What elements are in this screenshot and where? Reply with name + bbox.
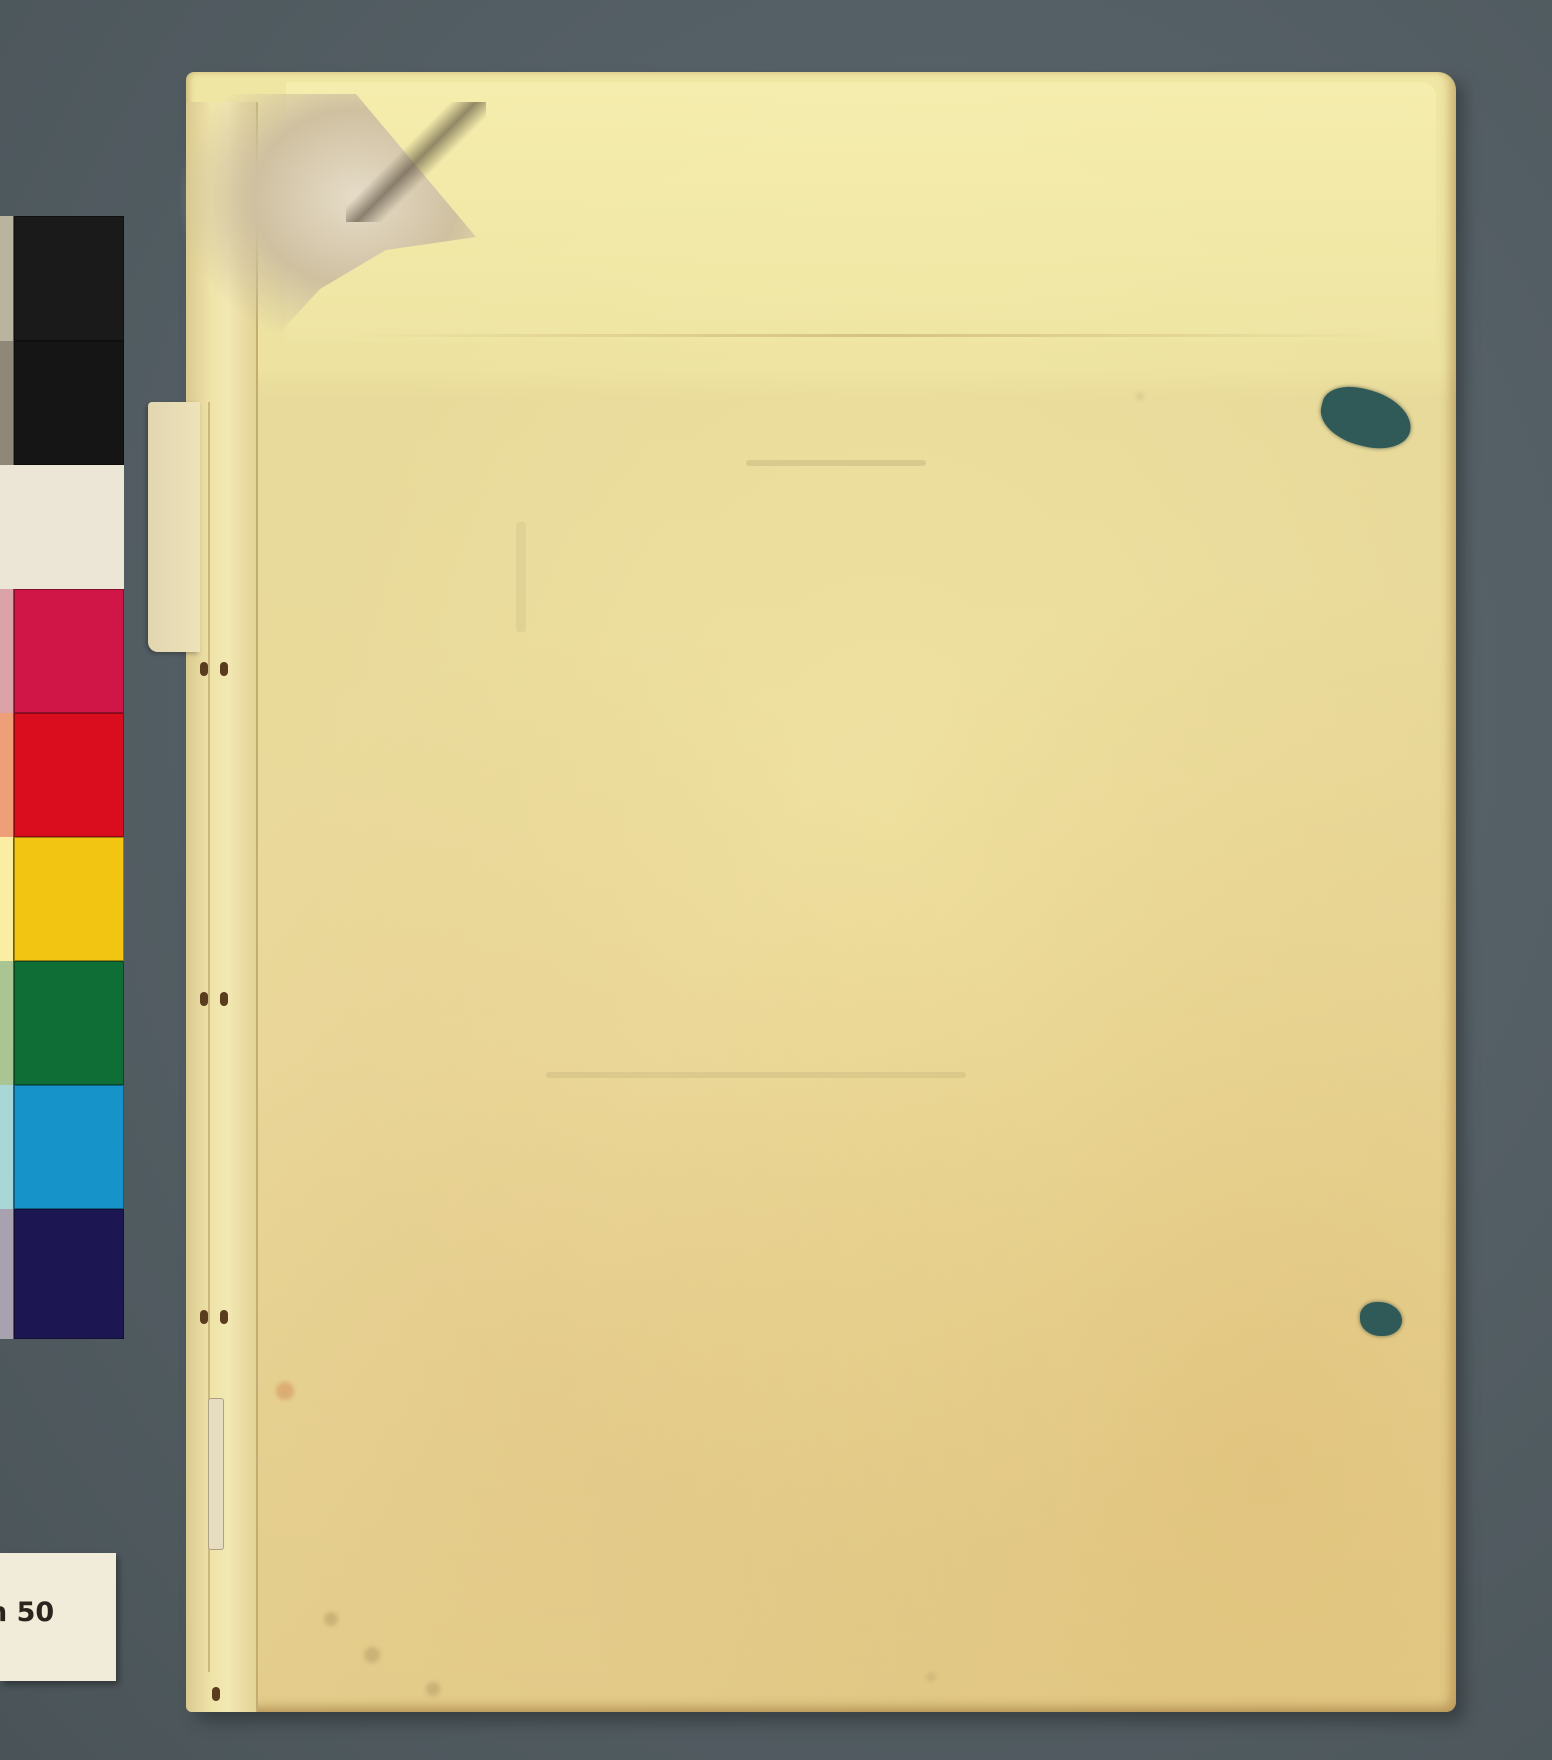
color-checker-chart [0, 216, 124, 1476]
torn-corner-shadow [346, 102, 486, 222]
swatch-fill [14, 216, 124, 341]
swatch-fill [14, 837, 124, 961]
swatch-blue [0, 1209, 124, 1339]
faded-mark [516, 522, 526, 632]
label-card-text: n 50 [0, 1597, 54, 1628]
green-tie-upper [1315, 380, 1418, 457]
swatch-yellow [0, 837, 124, 961]
stain [1136, 392, 1144, 400]
swatch-fill [14, 589, 124, 713]
paper-flap [148, 402, 200, 652]
stitch [220, 992, 228, 1006]
swatch-fill [0, 465, 124, 589]
faded-mark [546, 1072, 966, 1078]
stitch [200, 662, 208, 676]
faded-mark [746, 460, 926, 466]
stain [276, 1382, 294, 1400]
label-card: n 50 [0, 1553, 116, 1681]
swatch-cyan [0, 1085, 124, 1209]
green-tie-lower [1360, 1302, 1402, 1336]
swatch-magenta [0, 589, 124, 713]
stain [426, 1682, 440, 1696]
cover-band-edge [346, 334, 1396, 337]
swatch-fill [14, 961, 124, 1085]
swatch-tint [0, 713, 13, 837]
swatch-tint [0, 961, 13, 1085]
stain [324, 1612, 338, 1626]
vellum-book-cover [186, 72, 1456, 1712]
swatch-fill [14, 341, 124, 465]
stitch [200, 1310, 208, 1324]
stitch [200, 992, 208, 1006]
spine-paper-label [208, 1398, 224, 1550]
swatch-tint [0, 1085, 13, 1209]
swatch-fill [14, 1209, 124, 1339]
swatch-tint [0, 837, 13, 961]
stitch [212, 1687, 220, 1701]
stain [926, 1672, 936, 1682]
stain [364, 1647, 380, 1663]
photo-scene: n 50 [0, 0, 1552, 1760]
swatch-tint [0, 341, 13, 465]
stitch [220, 1310, 228, 1324]
swatch-fill [14, 713, 124, 837]
swatch-tint [0, 216, 13, 341]
swatch-red [0, 713, 124, 837]
swatch-white [0, 465, 124, 589]
swatch-green [0, 961, 124, 1085]
swatch-tint [0, 1209, 13, 1339]
swatch-light-grey [0, 216, 124, 341]
stitch [220, 662, 228, 676]
swatch-fill [14, 1085, 124, 1209]
swatch-tint [0, 589, 13, 713]
swatch-mid-grey [0, 341, 124, 465]
